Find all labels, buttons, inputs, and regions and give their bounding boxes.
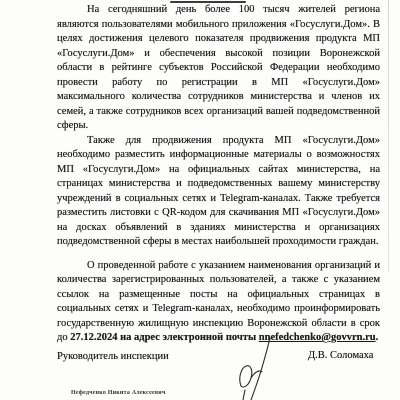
executor-name: Нефедченко Никита Алексеевич: [71, 390, 166, 396]
paragraph-3: О проведенной работе с указанием наимено…: [57, 259, 380, 346]
signer-name: Д.В. Соломаха: [308, 350, 373, 361]
signer-title: Руководитель инспекции: [57, 351, 169, 362]
paragraph-1: На сегодняшний день более 100 тысяч жите…: [57, 3, 380, 134]
handwritten-signature: [233, 328, 278, 400]
letter-body: На сегодняшний день более 100 тысяч жите…: [57, 3, 380, 346]
paragraph-3-period: .: [376, 332, 379, 343]
paragraph-2: Также для продвижения продукта МП «Госус…: [57, 134, 380, 250]
deadline-text: 27.12.2024 на адрес электронной почты: [70, 332, 259, 343]
scan-edge-line: [388, 0, 389, 272]
paragraph-3-regular: О проведенной работе с указанием наимено…: [57, 260, 380, 344]
scanned-letter-page: На сегодняшний день более 100 тысяч жите…: [0, 0, 400, 400]
